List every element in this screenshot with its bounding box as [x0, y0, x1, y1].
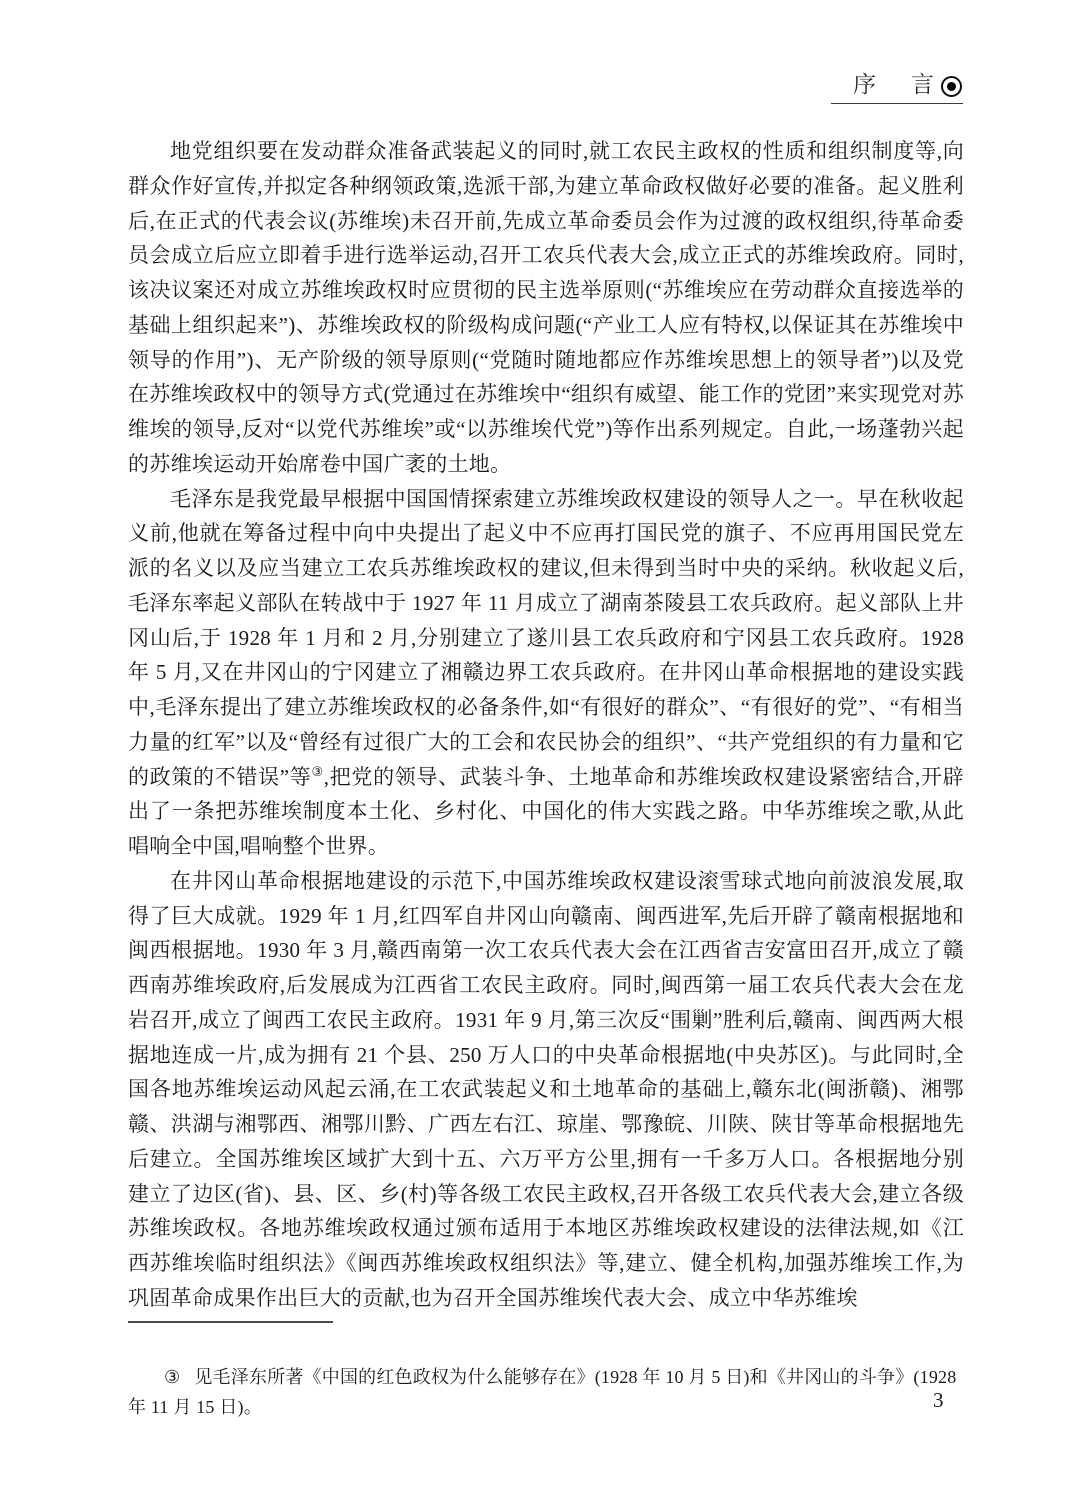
- paragraph-2: 毛泽东是我党最早根据中国国情探索建立苏维埃政权建设的领导人之一。早在秋收起义前,…: [128, 482, 964, 864]
- bullseye-icon: [941, 76, 962, 97]
- footnote: ③见毛泽东所著《中国的红色政权为什么能够存在》(1928 年 10 月 5 日)…: [128, 1362, 964, 1422]
- body-text-block: 地党组织要在发动群众准备武装起义的同时,就工农民主政权的性质和组织制度等,向群众…: [128, 134, 964, 1316]
- page-number: 3: [933, 1388, 944, 1413]
- paragraph-3-text: 在井冈山革命根据地建设的示范下,中国苏维埃政权建设滚雪球式地向前波浪发展,取得了…: [128, 869, 964, 1310]
- book-page: 序 言 地党组织要在发动群众准备武装起义的同时,就工农民主政权的性质和组织制度等…: [0, 0, 1083, 1508]
- paragraph-1-text: 地党组织要在发动群众准备武装起义的同时,就工农民主政权的性质和组织制度等,向群众…: [128, 139, 964, 476]
- footnote-separator: [128, 1321, 333, 1323]
- running-head: 序 言: [831, 72, 963, 104]
- page-header-title: 序 言: [853, 72, 940, 98]
- paragraph-2-text-before-note: 毛泽东是我党最早根据中国国情探索建立苏维埃政权建设的领导人之一。早在秋收起义前,…: [128, 487, 964, 789]
- paragraph-3: 在井冈山革命根据地建设的示范下,中国苏维埃政权建设滚雪球式地向前波浪发展,取得了…: [128, 864, 964, 1316]
- paragraph-1: 地党组织要在发动群众准备武装起义的同时,就工农民主政权的性质和组织制度等,向群众…: [128, 134, 964, 482]
- bullseye-dot: [947, 82, 956, 91]
- footnote-marker: ③: [164, 1367, 180, 1387]
- footnote-text: 见毛泽东所著《中国的红色政权为什么能够存在》(1928 年 10 月 5 日)和…: [128, 1367, 956, 1417]
- footnote-reference: ③: [311, 764, 323, 779]
